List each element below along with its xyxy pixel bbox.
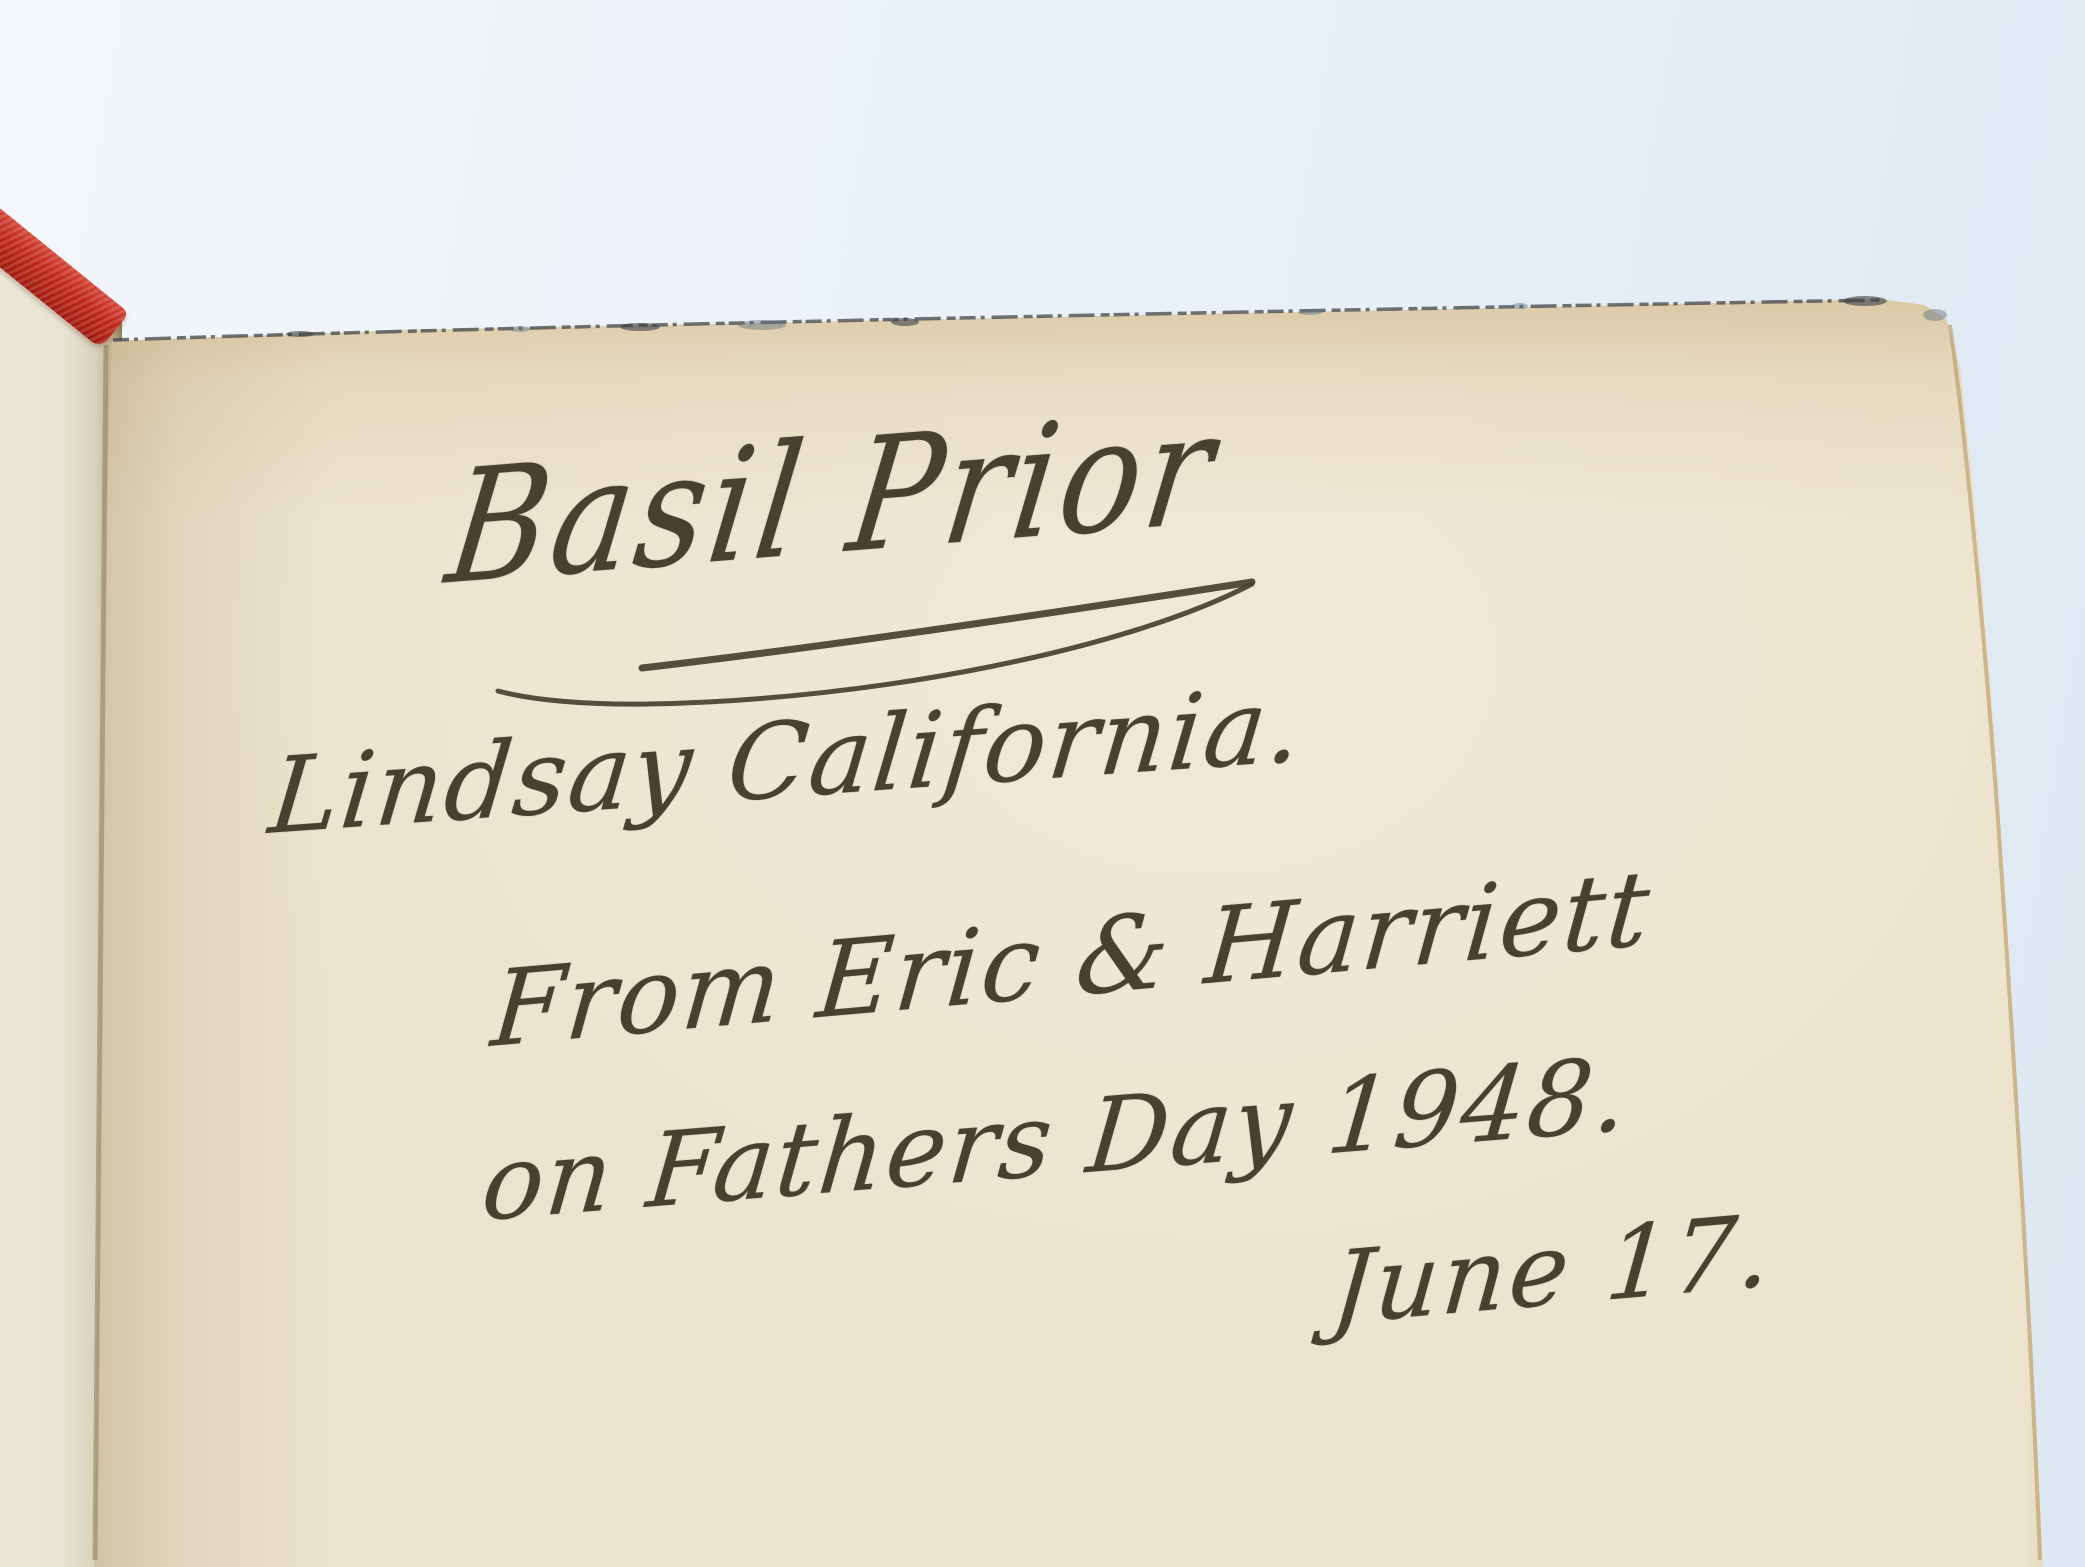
book-photo: Basil Prior Lindsay California. From Eri… — [0, 0, 2085, 1567]
